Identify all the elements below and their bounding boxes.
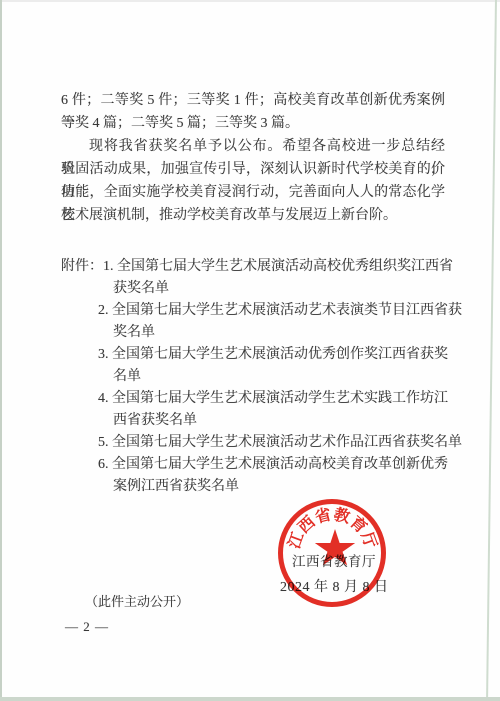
body-line: 功能，全面实施学校美育浸润行动，完善面向人人的常态化学校: [61, 181, 445, 204]
official-seal: 江 西 省 教 育 厅: [278, 499, 386, 607]
attachment-line: 附件：1. 全国第七届大学生艺术展演活动高校优秀组织奖江西省: [61, 256, 456, 278]
attachment-list: 附件：1. 全国第七届大学生艺术展演活动高校优秀组织奖江西省 获奖名单 2. 全…: [61, 256, 456, 498]
body-line: 6 件；二等奖 5 件；三等奖 1 件；高校美育改革创新优秀案例一: [61, 89, 445, 112]
attachment-line: 获奖名单: [61, 278, 456, 300]
body-line: 巩固活动成果，加强宣传引导，深刻认识新时代学校美育的价值: [61, 158, 445, 181]
body-line: 等奖 4 篇；二等奖 5 篇；三等奖 3 篇。: [61, 112, 445, 135]
scan-edge-top: [0, 0, 500, 2]
body-line: 艺术展演机制，推动学校美育改革与发展迈上新台阶。: [61, 204, 445, 227]
scanned-document-page: 6 件；二等奖 5 件；三等奖 1 件；高校美育改革创新优秀案例一 等奖 4 篇…: [0, 0, 500, 701]
scan-edge-left: [0, 0, 2, 701]
scan-edge-bottom: [0, 697, 500, 701]
seal-arc-char: 省: [313, 506, 334, 527]
attachment-line: 奖名单: [61, 322, 456, 344]
attachment-line: 案例江西省获奖名单: [61, 476, 456, 498]
scan-edge-right: [486, 0, 497, 701]
attachment-line: 6. 全国第七届大学生艺术展演活动高校美育改革创新优秀: [61, 454, 456, 476]
page-number: — 2 —: [65, 619, 109, 635]
body-line: 现将我省获奖名单予以公布。希望各高校进一步总结经验，: [61, 135, 445, 158]
attachment-line: 名单: [61, 366, 456, 388]
attachment-line: 2. 全国第七届大学生艺术展演活动艺术表演类节目江西省获: [61, 300, 456, 322]
attachment-line: 3. 全国第七届大学生艺术展演活动优秀创作奖江西省获奖: [61, 344, 456, 366]
attachment-line: 5. 全国第七届大学生艺术展演活动艺术作品江西省获奖名单: [61, 432, 456, 454]
body-paragraphs: 6 件；二等奖 5 件；三等奖 1 件；高校美育改革创新优秀案例一 等奖 4 篇…: [61, 89, 445, 227]
disclosure-note: （此件主动公开）: [85, 594, 189, 610]
attachment-line: 西省获奖名单: [61, 410, 456, 432]
attachment-line: 4. 全国第七届大学生艺术展演活动学生艺术实践工作坊江: [61, 388, 456, 410]
